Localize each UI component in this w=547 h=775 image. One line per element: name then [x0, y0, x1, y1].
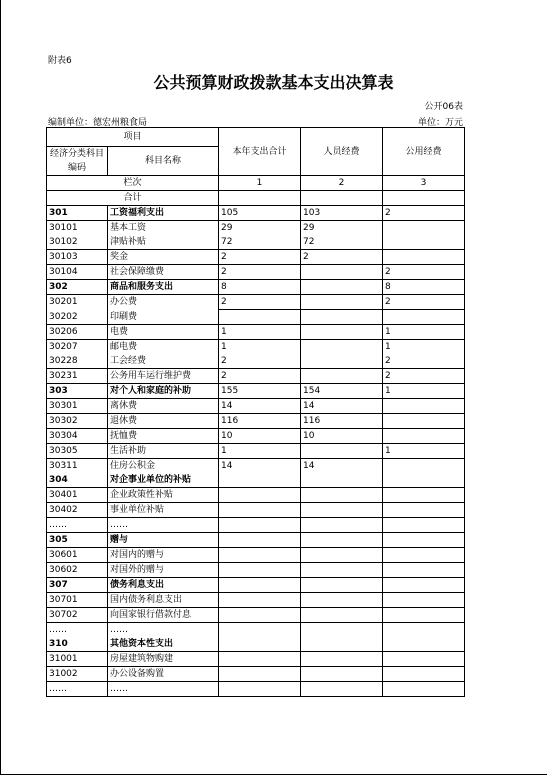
cell-code: 31002: [47, 667, 108, 682]
cell-total: 14: [219, 459, 301, 474]
cell-total: [219, 637, 301, 652]
cell-total: 29: [219, 221, 301, 236]
cell-total: 116: [219, 414, 301, 429]
table-row: …………: [47, 623, 465, 638]
cell-name: 住房公积金: [108, 459, 219, 474]
cell-code: 30302: [47, 414, 108, 429]
cell-code: 30701: [47, 593, 108, 608]
header-personnel: 人员经费: [301, 128, 383, 176]
cell-name: 事业单位补贴: [108, 503, 219, 518]
cell-personnel: [301, 265, 383, 280]
cell-personnel: [301, 369, 383, 384]
cell-code: 30601: [47, 548, 108, 563]
cell-name: 对国内的赠与: [108, 548, 219, 563]
table-row: 30103奖金22: [47, 250, 465, 265]
cell-name: 工资福利支出: [108, 206, 219, 221]
cell-personnel: [301, 533, 383, 548]
table-row: 30702向国家银行借款付息: [47, 608, 465, 623]
table-row: 30104社会保障缴费22: [47, 265, 465, 280]
cell-name: 债务利息支出: [108, 578, 219, 593]
cell-public: [383, 518, 465, 533]
cell-total: 2: [219, 250, 301, 265]
cell-name: 国内债务利息支出: [108, 593, 219, 608]
table-row: 30102津贴补贴7272: [47, 235, 465, 250]
cell-name: 电费: [108, 325, 219, 340]
cell-personnel: 10: [301, 429, 383, 444]
table-row: 302商品和服务支出88: [47, 280, 465, 295]
table-row: 305赠与: [47, 533, 465, 548]
sum-label: 合计: [47, 191, 219, 206]
cell-public: [383, 310, 465, 325]
cell-public: 1: [383, 384, 465, 399]
cell-total: 14: [219, 399, 301, 414]
expenditure-table: 项目 本年支出合计 人员经费 公用经费 经济分类科目编码 科目名称 栏次 1 2…: [46, 127, 465, 697]
cell-code: 30304: [47, 429, 108, 444]
cell-personnel: 14: [301, 459, 383, 474]
cell-code: ……: [47, 518, 108, 533]
cell-personnel: [301, 444, 383, 459]
cell-total: 2: [219, 265, 301, 280]
column-index-3: 3: [383, 176, 465, 191]
column-index-2: 2: [301, 176, 383, 191]
cell-name: 基本工资: [108, 221, 219, 236]
cell-code: 30202: [47, 310, 108, 325]
cell-name: 赠与: [108, 533, 219, 548]
cell-personnel: [301, 623, 383, 638]
cell-public: [383, 667, 465, 682]
header-public: 公用经费: [383, 128, 465, 176]
cell-name: 奖金: [108, 250, 219, 265]
cell-name: 企业政策性补贴: [108, 488, 219, 503]
cell-code: 30231: [47, 369, 108, 384]
cell-code: 30228: [47, 354, 108, 369]
cell-public: [383, 473, 465, 488]
table-row: 30304抚恤费1010: [47, 429, 465, 444]
cell-public: [383, 623, 465, 638]
cell-total: [219, 488, 301, 503]
table-row: …………: [47, 682, 465, 697]
cell-name: 房屋建筑物购建: [108, 652, 219, 667]
cell-personnel: 29: [301, 221, 383, 236]
cell-code: 305: [47, 533, 108, 548]
cell-code: 302: [47, 280, 108, 295]
cell-personnel: [301, 310, 383, 325]
cell-public: [383, 548, 465, 563]
cell-name: 津贴补贴: [108, 235, 219, 250]
cell-code: 30402: [47, 503, 108, 518]
cell-public: 1: [383, 325, 465, 340]
cell-total: 1: [219, 325, 301, 340]
cell-total: 10: [219, 429, 301, 444]
table-row: 31002办公设备购置: [47, 667, 465, 682]
cell-code: 30103: [47, 250, 108, 265]
cell-code: 30207: [47, 340, 108, 355]
appendix-label: 附表6: [48, 53, 72, 66]
cell-personnel: [301, 667, 383, 682]
cell-name: 印刷费: [108, 310, 219, 325]
table-row: 30207邮电费11: [47, 340, 465, 355]
cell-name: 办公费: [108, 295, 219, 310]
cell-code: 30702: [47, 608, 108, 623]
table-row: 30302退休费116116: [47, 414, 465, 429]
cell-personnel: [301, 593, 383, 608]
cell-total: [219, 578, 301, 593]
cell-total: 72: [219, 235, 301, 250]
cell-personnel: 103: [301, 206, 383, 221]
cell-public: [383, 578, 465, 593]
cell-code: 30102: [47, 235, 108, 250]
cell-total: 2: [219, 369, 301, 384]
sum-row: 合计: [47, 191, 465, 206]
cell-name: 公务用车运行维护费: [108, 369, 219, 384]
cell-code: 307: [47, 578, 108, 593]
cell-code: 310: [47, 637, 108, 652]
cell-personnel: [301, 637, 383, 652]
cell-code: 30602: [47, 563, 108, 578]
cell-name: 其他资本性支出: [108, 637, 219, 652]
sum-public: [383, 191, 465, 206]
table-row: 30311住房公积金1414: [47, 459, 465, 474]
cell-name: 对国外的赠与: [108, 563, 219, 578]
cell-name: 对个人和家庭的补助: [108, 384, 219, 399]
cell-personnel: 14: [301, 399, 383, 414]
cell-name: 离休费: [108, 399, 219, 414]
table-row: 30231公务用车运行维护费22: [47, 369, 465, 384]
table-row: 303对个人和家庭的补助1551541: [47, 384, 465, 399]
cell-total: 2: [219, 354, 301, 369]
cell-name: 社会保障缴费: [108, 265, 219, 280]
table-row: 30301离休费1414: [47, 399, 465, 414]
table-row: 310其他资本性支出: [47, 637, 465, 652]
cell-total: 1: [219, 340, 301, 355]
cell-public: [383, 414, 465, 429]
cell-public: [383, 503, 465, 518]
table-row: 30201办公费22: [47, 295, 465, 310]
cell-name: 商品和服务支出: [108, 280, 219, 295]
cell-personnel: [301, 578, 383, 593]
cell-total: [219, 623, 301, 638]
cell-personnel: [301, 325, 383, 340]
cell-personnel: 154: [301, 384, 383, 399]
cell-personnel: [301, 563, 383, 578]
cell-code: 303: [47, 384, 108, 399]
cell-public: [383, 221, 465, 236]
cell-public: 1: [383, 444, 465, 459]
cell-code: 30206: [47, 325, 108, 340]
cell-public: 2: [383, 206, 465, 221]
cell-personnel: [301, 340, 383, 355]
cell-public: [383, 637, 465, 652]
cell-total: [219, 533, 301, 548]
header-code: 经济分类科目编码: [47, 147, 108, 176]
cell-total: [219, 652, 301, 667]
header-project: 项目: [47, 128, 219, 147]
cell-name: ……: [108, 682, 219, 697]
cell-total: 1: [219, 444, 301, 459]
cell-total: [219, 608, 301, 623]
cell-total: 2: [219, 295, 301, 310]
table-row: 30206电费11: [47, 325, 465, 340]
cell-public: [383, 533, 465, 548]
column-index-row: 栏次 1 2 3: [47, 176, 465, 191]
table-row: 30101基本工资2929: [47, 221, 465, 236]
cell-total: 105: [219, 206, 301, 221]
form-number: 公开06表: [425, 99, 463, 112]
cell-total: [219, 503, 301, 518]
cell-total: [219, 682, 301, 697]
cell-code: ……: [47, 623, 108, 638]
cell-total: [219, 310, 301, 325]
cell-public: [383, 563, 465, 578]
table-row: 30602对国外的赠与: [47, 563, 465, 578]
header-name: 科目名称: [108, 147, 219, 176]
cell-public: [383, 399, 465, 414]
cell-personnel: [301, 488, 383, 503]
page-border-left: [0, 0, 1, 775]
cell-name: 工会经费: [108, 354, 219, 369]
cell-personnel: [301, 280, 383, 295]
cell-name: 抚恤费: [108, 429, 219, 444]
sum-personnel: [301, 191, 383, 206]
cell-personnel: 72: [301, 235, 383, 250]
cell-public: 2: [383, 295, 465, 310]
cell-public: [383, 459, 465, 474]
cell-code: 31001: [47, 652, 108, 667]
column-index-1: 1: [219, 176, 301, 191]
cell-name: 对企事业单位的补贴: [108, 473, 219, 488]
cell-personnel: [301, 682, 383, 697]
cell-name: 向国家银行借款付息: [108, 608, 219, 623]
cell-total: 8: [219, 280, 301, 295]
cell-public: [383, 608, 465, 623]
cell-code: 30101: [47, 221, 108, 236]
cell-public: [383, 593, 465, 608]
cell-code: 30305: [47, 444, 108, 459]
cell-total: [219, 593, 301, 608]
cell-code: 301: [47, 206, 108, 221]
cell-public: 1: [383, 340, 465, 355]
table-row: 30701国内债务利息支出: [47, 593, 465, 608]
cell-personnel: [301, 652, 383, 667]
sum-total: [219, 191, 301, 206]
cell-public: 2: [383, 354, 465, 369]
table-row: 30402事业单位补贴: [47, 503, 465, 518]
cell-public: 2: [383, 265, 465, 280]
cell-total: [219, 473, 301, 488]
cell-code: 30401: [47, 488, 108, 503]
cell-code: 304: [47, 473, 108, 488]
column-index-label: 栏次: [47, 176, 219, 191]
table-row: 30601对国内的赠与: [47, 548, 465, 563]
cell-code: 30301: [47, 399, 108, 414]
cell-personnel: [301, 295, 383, 310]
cell-personnel: 116: [301, 414, 383, 429]
cell-personnel: [301, 473, 383, 488]
cell-name: 生活补助: [108, 444, 219, 459]
cell-name: ……: [108, 623, 219, 638]
table-row: 307债务利息支出: [47, 578, 465, 593]
table-row: 30202印刷费: [47, 310, 465, 325]
cell-public: 8: [383, 280, 465, 295]
page-title: 公共预算财政拨款基本支出决算表: [0, 70, 547, 93]
cell-code: 30201: [47, 295, 108, 310]
cell-public: [383, 652, 465, 667]
cell-public: [383, 235, 465, 250]
cell-name: 办公设备购置: [108, 667, 219, 682]
table-row: 30228工会经费22: [47, 354, 465, 369]
header-total: 本年支出合计: [219, 128, 301, 176]
cell-code: 30311: [47, 459, 108, 474]
table-row: 30401企业政策性补贴: [47, 488, 465, 503]
cell-total: 155: [219, 384, 301, 399]
table-row: 301工资福利支出1051032: [47, 206, 465, 221]
cell-name: 退休费: [108, 414, 219, 429]
cell-personnel: [301, 608, 383, 623]
cell-personnel: [301, 354, 383, 369]
cell-public: 2: [383, 369, 465, 384]
cell-personnel: 2: [301, 250, 383, 265]
cell-total: [219, 548, 301, 563]
cell-code: ……: [47, 682, 108, 697]
cell-public: [383, 429, 465, 444]
cell-personnel: [301, 503, 383, 518]
cell-total: [219, 563, 301, 578]
cell-personnel: [301, 518, 383, 533]
table-row: 304对企事业单位的补贴: [47, 473, 465, 488]
cell-total: [219, 667, 301, 682]
cell-public: [383, 250, 465, 265]
cell-personnel: [301, 548, 383, 563]
cell-code: 30104: [47, 265, 108, 280]
header-row-1: 项目 本年支出合计 人员经费 公用经费: [47, 128, 465, 147]
cell-public: [383, 488, 465, 503]
cell-name: 邮电费: [108, 340, 219, 355]
table-row: 31001房屋建筑物购建: [47, 652, 465, 667]
cell-total: [219, 518, 301, 533]
cell-public: [383, 682, 465, 697]
cell-name: ……: [108, 518, 219, 533]
table-row: …………: [47, 518, 465, 533]
table-row: 30305生活补助11: [47, 444, 465, 459]
